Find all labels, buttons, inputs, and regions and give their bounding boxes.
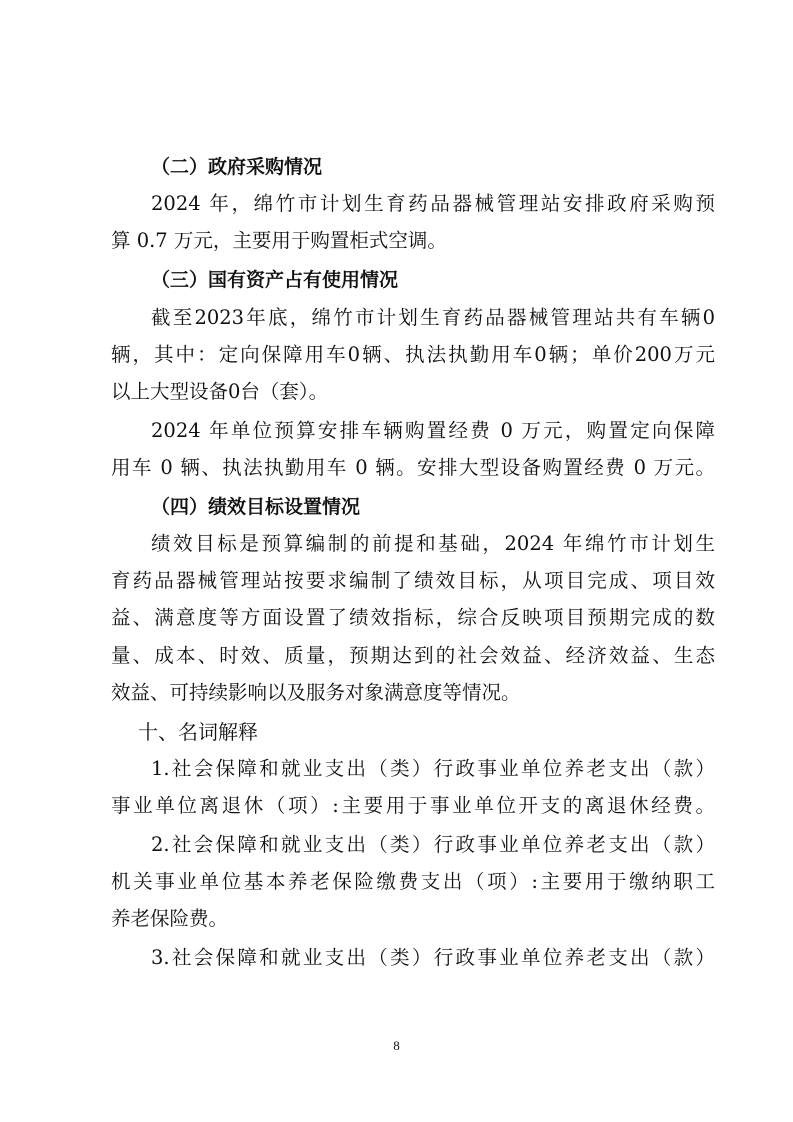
paragraph-line: 绩效目标是预算编制的前提和基础，2024 年绵竹市计划生 — [151, 529, 715, 559]
paragraph-line: 算 0.7 万元，主要用于购置柜式空调。 — [111, 226, 715, 256]
paragraph-line: 事业单位离退休（项）:主要用于事业单位开支的离退休经费。 — [111, 791, 715, 821]
paragraph-line: 用车 0 辆、执法执勤用车 0 辆。安排大型设备购置经费 0 万元。 — [111, 453, 715, 483]
paragraph-line: 1.社会保障和就业支出（类）行政事业单位养老支出（款） — [151, 754, 715, 784]
paragraph-line: 以上大型设备0台（套）。 — [111, 377, 715, 407]
document-page: （二）政府采购情况 2024 年，绵竹市计划生育药品器械管理站安排政府采购预 算… — [0, 0, 793, 1122]
paragraph-line: 益、满意度等方面设置了绩效指标，综合反映项目预期完成的数 — [111, 603, 715, 633]
paragraph-line: 2024 年，绵竹市计划生育药品器械管理站安排政府采购预 — [151, 189, 715, 219]
paragraph-line: 2024 年单位预算安排车辆购置经费 0 万元，购置定向保障 — [151, 416, 715, 446]
page-number: 8 — [0, 1038, 793, 1054]
paragraph-line: 养老保险费。 — [111, 904, 715, 934]
section-heading-performance-goals: （四）绩效目标设置情况 — [151, 492, 755, 522]
section-heading-state-assets: （三）国有资产占有使用情况 — [151, 265, 755, 295]
paragraph-line: 效益、可持续影响以及服务对象满意度等情况。 — [111, 678, 715, 708]
paragraph-line: 3.社会保障和就业支出（类）行政事业单位养老支出（款） — [151, 943, 715, 973]
paragraph-line: 辆，其中：定向保障用车0辆、执法执勤用车0辆；单价200万元 — [111, 340, 715, 370]
section-heading-glossary: 十、名词解释 — [138, 717, 742, 747]
paragraph-line: 育药品器械管理站按要求编制了绩效目标，从项目完成、项目效 — [111, 566, 715, 596]
paragraph-line: 机关事业单位基本养老保险缴费支出（项）:主要用于缴纳职工 — [111, 867, 715, 897]
paragraph-line: 截至2023年底，绵竹市计划生育药品器械管理站共有车辆0 — [151, 303, 715, 333]
section-heading-government-procurement: （二）政府采购情况 — [151, 152, 755, 182]
paragraph-line: 量、成本、时效、质量，预期达到的社会效益、经济效益、生态 — [111, 641, 715, 671]
paragraph-line: 2.社会保障和就业支出（类）行政事业单位养老支出（款） — [151, 830, 715, 860]
